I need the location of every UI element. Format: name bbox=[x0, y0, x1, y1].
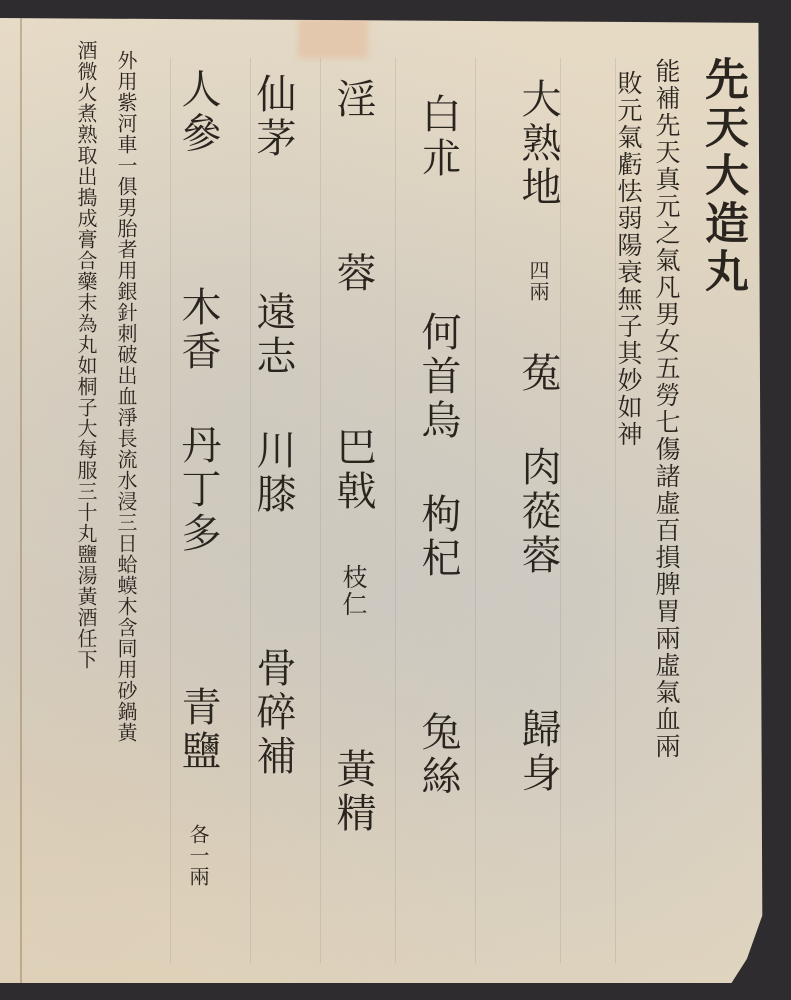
ingredient-roucongrong: 肉蓯蓉 bbox=[515, 446, 561, 578]
preparation-note-2: 酒微火煮熟取出搗成膏合藥末為丸如桐子大每服三十丸鹽湯黃酒任下 bbox=[72, 40, 101, 670]
ingredient-qingyan: 青鹽 bbox=[175, 686, 221, 774]
ingredient-baizhu: 白朮 bbox=[415, 93, 461, 181]
ingredient-renshen: 人參 bbox=[175, 68, 221, 156]
ingredient-rong: 蓉 bbox=[330, 252, 376, 296]
column-rule bbox=[475, 58, 476, 963]
ingredient-dandingduo: 丹丁多 bbox=[175, 424, 221, 556]
ingredient-baji: 巴戟 bbox=[330, 426, 376, 514]
ingredient-column-2: 白朮 何首烏 枸杞 兔絲 bbox=[410, 93, 467, 799]
dose-note: 各一兩 bbox=[186, 824, 210, 887]
ingredient-zhiren: 枝仁 bbox=[339, 564, 368, 618]
ingredient-xianmao: 仙茅 bbox=[250, 73, 296, 161]
ingredient-column-4: 仙茅 遠志 川膝 骨碎補 bbox=[245, 73, 302, 779]
ingredient-gouqi: 枸杞 bbox=[415, 493, 461, 581]
ingredient-tusi: 兔絲 bbox=[415, 711, 461, 799]
manuscript-page: 先天大造丸 能補先天真元之氣凡男女五勞七傷諸虛百損脾胃兩虛氣血兩 敗元氣虧怯弱陽… bbox=[0, 18, 770, 983]
ingredient-gusuibu: 骨碎補 bbox=[250, 647, 296, 779]
ingredient-yuanzhi: 遠志 bbox=[250, 291, 296, 379]
ingredient-column-5: 人參 木香 丹丁多 青鹽 各一兩 bbox=[170, 68, 227, 887]
preparation-note-1: 外用紫河車一俱男胎者用銀針刺破出血淨長流水浸三日蛤蟆木含同用砂鍋黃 bbox=[112, 50, 141, 743]
column-rule bbox=[320, 58, 321, 963]
ingredient-chuanxi: 川膝 bbox=[250, 429, 296, 517]
ingredient-tu: 菟 bbox=[515, 352, 561, 396]
dose-note: 四兩 bbox=[526, 260, 550, 302]
paper-stain bbox=[298, 18, 368, 58]
ingredient-heshouwu: 何首烏 bbox=[415, 311, 461, 443]
description-column-1: 能補先天真元之氣凡男女五勞七傷諸虛百損脾胃兩虛氣血兩 bbox=[648, 58, 684, 760]
ingredient-column-1: 大熟地 四兩 菟 肉蓯蓉 歸身 bbox=[510, 78, 567, 796]
ingredient-dashudi: 大熟地 bbox=[515, 78, 561, 210]
description-column-2: 敗元氣虧怯弱陽衰無子其妙如神 bbox=[610, 70, 646, 448]
ingredient-huangjing: 黃精 bbox=[330, 748, 376, 836]
ingredient-muxiang: 木香 bbox=[175, 286, 221, 374]
ingredient-guishen: 歸身 bbox=[515, 708, 561, 796]
column-rule bbox=[395, 58, 396, 963]
recipe-title: 先天大造丸 bbox=[690, 56, 754, 296]
binding-edge bbox=[20, 18, 22, 983]
ingredient-yin: 淫 bbox=[330, 78, 376, 122]
ingredient-column-3: 淫 蓉 巴戟 枝仁 黃精 bbox=[325, 78, 382, 836]
